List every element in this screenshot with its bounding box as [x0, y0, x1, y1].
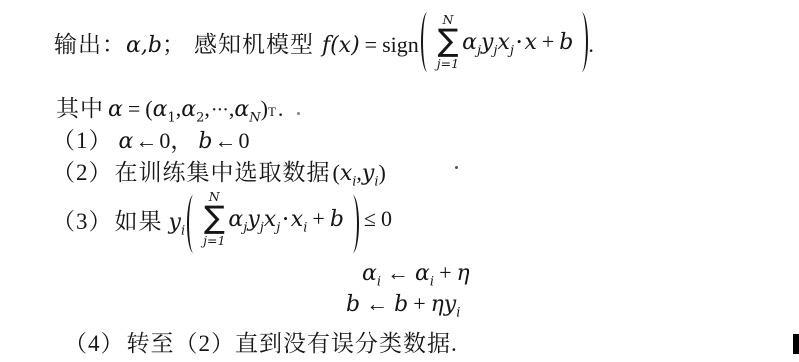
zero: 0	[238, 128, 249, 154]
step-3-condition-line: （3）如果yi N ∑ j=1 αjyjxj•xi+b ≤0	[52, 192, 392, 256]
math-eta: η	[431, 292, 444, 317]
zero: 0	[159, 128, 170, 154]
formula-line-output-model: 输出：α,b；感知机模型f(x)=sign N ∑ j=1 αjyjxj•x+b…	[54, 6, 594, 78]
math-y-i: yi	[444, 292, 461, 317]
math-x-i: xi	[291, 207, 308, 232]
step-number-2: （2）	[52, 154, 113, 187]
equals-sign: =	[360, 32, 382, 57]
math-x: x	[524, 30, 536, 55]
step-number-4: （4）	[64, 325, 125, 358]
summation-block: N ∑ j=1	[437, 13, 459, 71]
paren-close: )	[261, 96, 268, 122]
period: .	[588, 32, 594, 58]
output-label: 输出：	[54, 32, 126, 57]
scanned-textbook-page: 输出：α,b；感知机模型f(x)=sign N ∑ j=1 αjyjxj•x+b…	[0, 0, 799, 362]
x-base: x	[264, 207, 276, 232]
subscript-i: i	[456, 305, 460, 320]
subscript-N: N	[249, 110, 260, 125]
big-paren-close	[346, 195, 359, 253]
step-number-3: （3）	[52, 209, 113, 234]
x-base: x	[497, 30, 509, 55]
y-base: y	[247, 207, 259, 232]
x-base: x	[340, 161, 352, 186]
update-b-line: b←b+ηyi	[346, 291, 460, 317]
step-number-1: （1）	[52, 122, 113, 155]
fullwidth-comma: ，	[170, 122, 194, 155]
sign-operator: sign	[382, 32, 419, 57]
alpha-b-vars: α,b	[126, 33, 162, 58]
math-y-j: yj	[247, 207, 263, 232]
scan-speck	[455, 166, 458, 169]
dot-product-icon: •	[514, 34, 525, 49]
dot-product-icon: •	[280, 211, 291, 226]
y-base: y	[481, 30, 493, 55]
math-alpha-i: αi	[415, 261, 434, 286]
sigma-icon: ∑	[437, 27, 458, 56]
math-x-j: xj	[264, 207, 280, 232]
if-text: 如果	[115, 209, 163, 234]
math-b: b	[559, 30, 573, 55]
y-base: y	[444, 292, 456, 317]
alpha-base: α	[228, 207, 243, 232]
alpha-base: α	[181, 97, 196, 122]
math-eta: η	[456, 261, 469, 286]
perceptron-model-label: 感知机模型	[194, 32, 314, 57]
cdots-ellipsis: ···	[210, 99, 229, 122]
paren-close: )	[379, 160, 386, 186]
sum-lower-limit: j=1	[203, 234, 225, 248]
math-y-i: yi	[362, 161, 379, 186]
big-paren-open	[421, 12, 434, 72]
qizhong-label: 其中	[56, 90, 104, 123]
if-intro-run: （3）如果yi	[52, 203, 185, 236]
y-base: y	[362, 161, 374, 186]
paren-open: (	[145, 96, 152, 122]
math-alpha-j: αj	[228, 207, 247, 232]
sum-lower-limit: j=1	[437, 57, 459, 71]
update-alpha-line: αi←αi+η	[362, 260, 470, 286]
math-b: b	[394, 292, 408, 317]
math-b: b	[330, 207, 344, 232]
math-x-i: xi	[340, 161, 357, 186]
zero: 0	[381, 206, 392, 231]
math-b: b	[346, 292, 360, 317]
equals-sign: =	[123, 96, 145, 122]
y-base: y	[169, 210, 181, 235]
math-alpha-2: α2	[181, 97, 204, 122]
sigma-icon: ∑	[204, 204, 225, 233]
summation-block: N ∑ j=1	[203, 190, 225, 248]
math-alpha-j: αj	[462, 30, 481, 55]
alpha-base: α	[362, 261, 377, 286]
select-data-text: 在训练集中选取数据	[115, 154, 331, 187]
math-y-j: yj	[481, 30, 497, 55]
math-alpha-i: αi	[362, 261, 381, 286]
plus-sign: +	[434, 260, 456, 286]
math-alpha: α	[108, 97, 123, 122]
leq-zero-run: ≤0	[359, 206, 392, 232]
step-4-line: （4）转至（2）直到没有误分类数据.	[64, 325, 458, 358]
sum-expression-run: αjyjxj•xi+b	[228, 206, 343, 232]
left-arrow-icon: ←	[360, 291, 394, 317]
less-equal-sign: ≤	[359, 206, 381, 231]
big-paren-open	[187, 195, 200, 253]
goto-text: 转至（2）直到没有误分类数据.	[127, 325, 458, 358]
alpha-base: α	[462, 30, 477, 55]
f-of-x: f(x)	[322, 33, 360, 58]
x-base: x	[291, 207, 303, 232]
sum-expression-run: αjyjxj•x+b	[462, 29, 573, 55]
math-x-j: xj	[497, 30, 513, 55]
output-intro-run: 输出：α,b；感知机模型f(x)=sign	[54, 26, 419, 59]
math-b: b	[198, 129, 212, 154]
math-alpha: α	[119, 129, 134, 154]
plus-sign: +	[307, 206, 329, 231]
formula-line-alpha-vector: 其中α=(α1,α2,···,αN)T.	[56, 90, 283, 123]
subscript-i: i	[181, 223, 185, 238]
math-y-i: yi	[169, 210, 186, 235]
step-2-line: （2）在训练集中选取数据(xi,yi)	[52, 154, 386, 187]
left-arrow-icon: ←	[381, 260, 415, 286]
alpha-base: α	[234, 97, 249, 122]
scan-speck	[297, 112, 300, 115]
big-paren-close	[575, 12, 588, 72]
paren-open: (	[333, 160, 340, 186]
scan-edge-mark	[793, 334, 799, 354]
math-alpha-N: αN	[234, 97, 260, 122]
alpha-base: α	[153, 97, 168, 122]
alpha-base: α	[415, 261, 430, 286]
math-alpha-1: α1	[153, 97, 176, 122]
period: .	[278, 96, 284, 122]
plus-sign: +	[408, 291, 430, 317]
left-arrow-icon: ←	[133, 128, 159, 154]
left-arrow-icon: ←	[212, 128, 238, 154]
step-1-line: （1）α←0，b←0	[52, 122, 249, 155]
fullwidth-semicolon: ；	[162, 32, 186, 57]
plus-sign: +	[537, 29, 559, 54]
